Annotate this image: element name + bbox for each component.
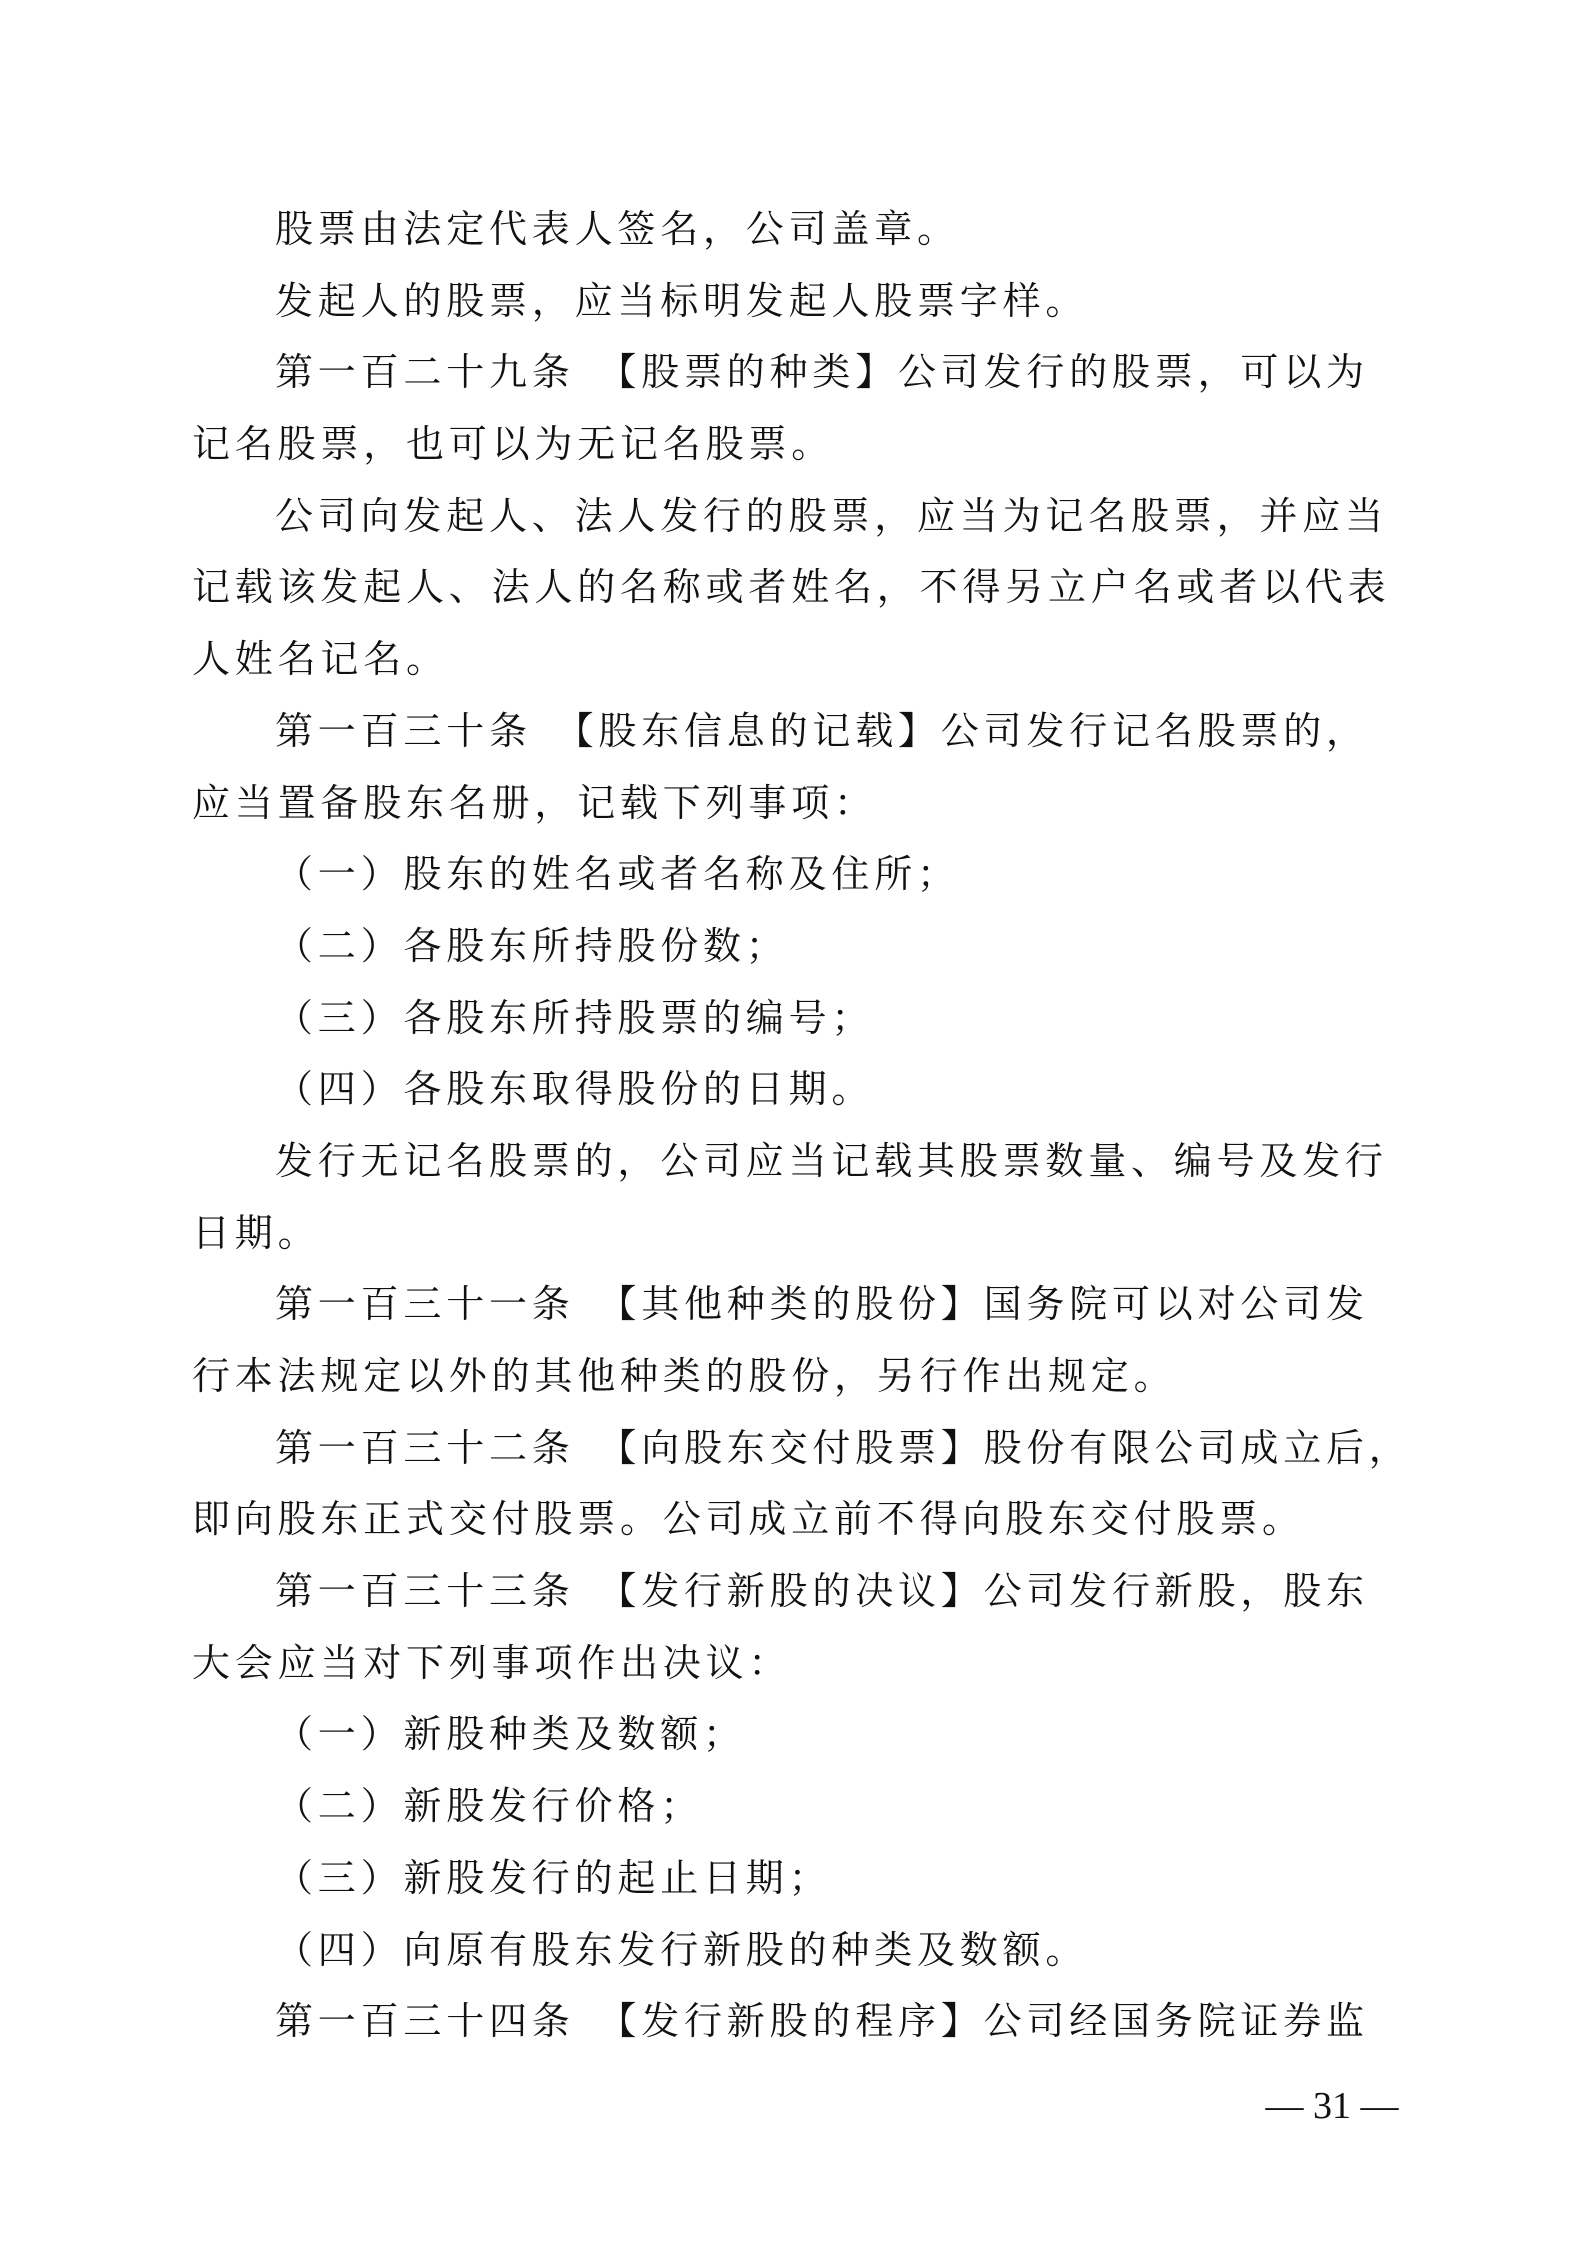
- list-item: （四）向原有股东发行新股的种类及数额。: [192, 1915, 1402, 1987]
- text-line: 股票由法定代表人签名，公司盖章。: [192, 194, 1402, 266]
- text-line: 日期。: [192, 1198, 1402, 1270]
- text-line: 公司向发起人、法人发行的股票，应当为记名股票，并应当: [192, 481, 1402, 553]
- body-text: 股票由法定代表人签名，公司盖章。 发起人的股票，应当标明发起人股票字样。 第一百…: [192, 194, 1402, 2058]
- text-line: 发起人的股票，应当标明发起人股票字样。: [192, 266, 1402, 338]
- article-133-heading-line: 第一百三十三条 【发行新股的决议】公司发行新股，股东: [192, 1556, 1402, 1628]
- list-item: （四）各股东取得股份的日期。: [192, 1054, 1402, 1126]
- article-131-heading-line: 第一百三十一条 【其他种类的股份】国务院可以对公司发: [192, 1269, 1402, 1341]
- list-item: （三）新股发行的起止日期；: [192, 1843, 1402, 1915]
- article-134-heading-line: 第一百三十四条 【发行新股的程序】公司经国务院证券监: [192, 1986, 1402, 2058]
- text-line: 应当置备股东名册，记载下列事项：: [192, 768, 1402, 840]
- list-item: （三）各股东所持股票的编号；: [192, 983, 1402, 1055]
- text-line: 人姓名记名。: [192, 624, 1402, 696]
- text-line: 记载该发起人、法人的名称或者姓名，不得另立户名或者以代表: [192, 552, 1402, 624]
- article-130-heading-line: 第一百三十条 【股东信息的记载】公司发行记名股票的，: [192, 696, 1402, 768]
- article-129-heading-line: 第一百二十九条 【股票的种类】公司发行的股票，可以为: [192, 337, 1402, 409]
- article-132-heading-line: 第一百三十二条 【向股东交付股票】股份有限公司成立后，: [192, 1413, 1402, 1485]
- page-number: — 31 —: [1262, 2084, 1402, 2128]
- list-item: （二）新股发行价格；: [192, 1771, 1402, 1843]
- text-line: 记名股票，也可以为无记名股票。: [192, 409, 1402, 481]
- text-line: 行本法规定以外的其他种类的股份，另行作出规定。: [192, 1341, 1402, 1413]
- list-item: （二）各股东所持股份数；: [192, 911, 1402, 983]
- list-item: （一）股东的姓名或者名称及住所；: [192, 839, 1402, 911]
- document-page: 股票由法定代表人签名，公司盖章。 发起人的股票，应当标明发起人股票字样。 第一百…: [0, 0, 1587, 2245]
- text-line: 大会应当对下列事项作出决议：: [192, 1628, 1402, 1700]
- text-line: 即向股东正式交付股票。公司成立前不得向股东交付股票。: [192, 1484, 1402, 1556]
- text-line: 发行无记名股票的，公司应当记载其股票数量、编号及发行: [192, 1126, 1402, 1198]
- list-item: （一）新股种类及数额；: [192, 1699, 1402, 1771]
